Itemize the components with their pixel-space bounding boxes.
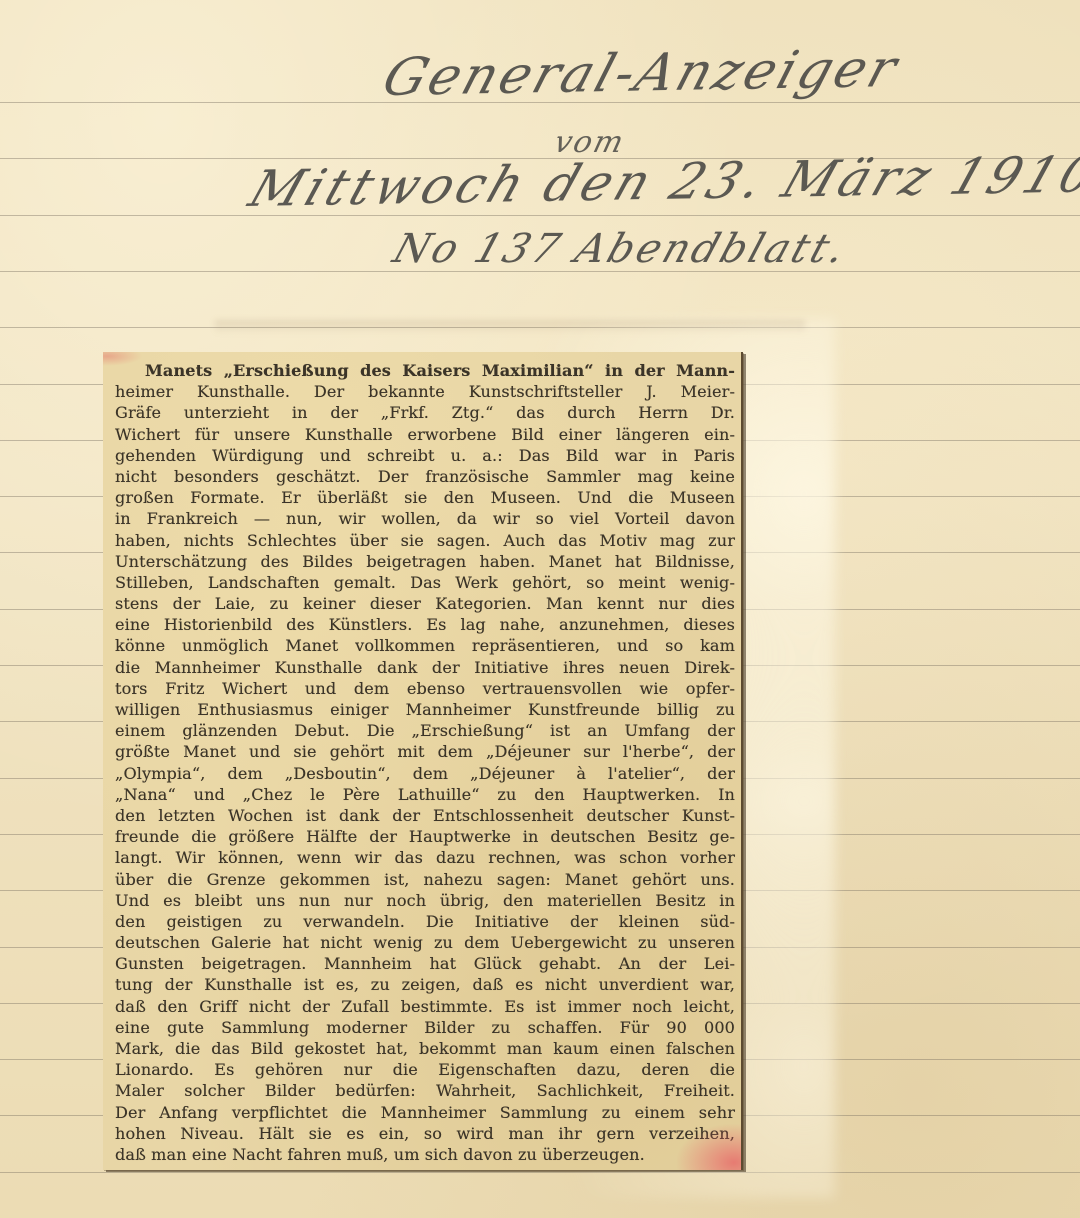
article-line: stens der Laie, zu keiner dieser Kategor… [115, 593, 735, 614]
article-line: daß den Griff nicht der Zufall bestimmte… [115, 996, 735, 1017]
article-line: daß man eine Nacht fahren muß, um sich d… [115, 1144, 735, 1165]
article-line: großen Formate. Er überläßt sie den Muse… [115, 487, 735, 508]
article-line: langt. Wir können, wenn wir das dazu rec… [115, 847, 735, 868]
article-line: größte Manet und sie gehört mit dem „Déj… [115, 741, 735, 762]
article-line: „Nana“ und „Chez le Père Lathuille“ zu d… [115, 784, 735, 805]
article-line: freunde die größere Hälfte der Hauptwerk… [115, 826, 735, 847]
article-line: Mark, die das Bild gekostet hat, bekommt… [115, 1038, 735, 1059]
article-line: haben, nichts Schlechtes über sie sagen.… [115, 530, 735, 551]
article-line: Und es bleibt uns nun nur noch übrig, de… [115, 890, 735, 911]
article-line: „Olympia“, dem „Desboutin“, dem „Déjeune… [115, 763, 735, 784]
article-line: die Mannheimer Kunsthalle dank der Initi… [115, 657, 735, 678]
clipping-article-text: Manets „Erschießung des Kaisers Maximili… [115, 360, 735, 1165]
article-line: tung der Kunsthalle ist es, zu zeigen, d… [115, 974, 735, 995]
handwritten-date: Mittwoch den 23. März 1910. [242, 145, 1080, 218]
article-line: über die Grenze gekommen ist, nahezu sag… [115, 869, 735, 890]
newspaper-clipping: Manets „Erschießung des Kaisers Maximili… [103, 352, 743, 1170]
article-line: heimer Kunsthalle. Der bekannte Kunstsch… [115, 381, 735, 402]
article-line: willigen Enthusiasmus einiger Mannheimer… [115, 699, 735, 720]
article-line: eine gute Sammlung moderner Bilder zu sc… [115, 1017, 735, 1038]
article-line: gehenden Würdigung und schreibt u. a.: D… [115, 445, 735, 466]
article-line: eine Historienbild des Künstlers. Es lag… [115, 614, 735, 635]
handwritten-newspaper-name: General-Anzeiger [376, 39, 907, 108]
article-line: Unterschätzung des Bildes beigetragen ha… [115, 551, 735, 572]
article-line: hohen Niveau. Hält sie es ein, so wird m… [115, 1123, 735, 1144]
article-line: in Frankreich — nun, wir wollen, da wir … [115, 508, 735, 529]
ruled-line [0, 215, 1080, 216]
article-line: Gunsten beigetragen. Mannheim hat Glück … [115, 953, 735, 974]
article-line: einem glänzenden Debut. Die „Erschießung… [115, 720, 735, 741]
scrapbook-page: General-Anzeiger vom Mittwoch den 23. Mä… [0, 0, 1080, 1218]
article-line: Wichert für unsere Kunsthalle erworbene … [115, 424, 735, 445]
article-line: tors Fritz Wichert und dem ebenso vertra… [115, 678, 735, 699]
article-line: Gräfe unterzieht in der „Frkf. Ztg.“ das… [115, 402, 735, 423]
article-line: deutschen Galerie hat nicht wenig zu dem… [115, 932, 735, 953]
article-line: den geistigen zu verwandeln. Die Initiat… [115, 911, 735, 932]
glue-top-shadow [215, 320, 805, 334]
article-line: den letzten Wochen ist dank der Entschlo… [115, 805, 735, 826]
handwritten-issue-number: No 137 Abendblatt. [388, 226, 854, 272]
article-line: Lionardo. Es gehören nur die Eigenschaft… [115, 1059, 735, 1080]
article-line: nicht besonders geschätzt. Der französis… [115, 466, 735, 487]
article-headline-line: Manets „Erschießung des Kaisers Maximili… [115, 360, 735, 381]
article-line: Stilleben, Landschaften gemalt. Das Werk… [115, 572, 735, 593]
article-line: Maler solcher Bilder bedürfen: Wahrheit,… [115, 1080, 735, 1101]
article-line: Der Anfang verpflichtet die Mannheimer S… [115, 1102, 735, 1123]
article-line: könne unmöglich Manet vollkommen repräse… [115, 635, 735, 656]
